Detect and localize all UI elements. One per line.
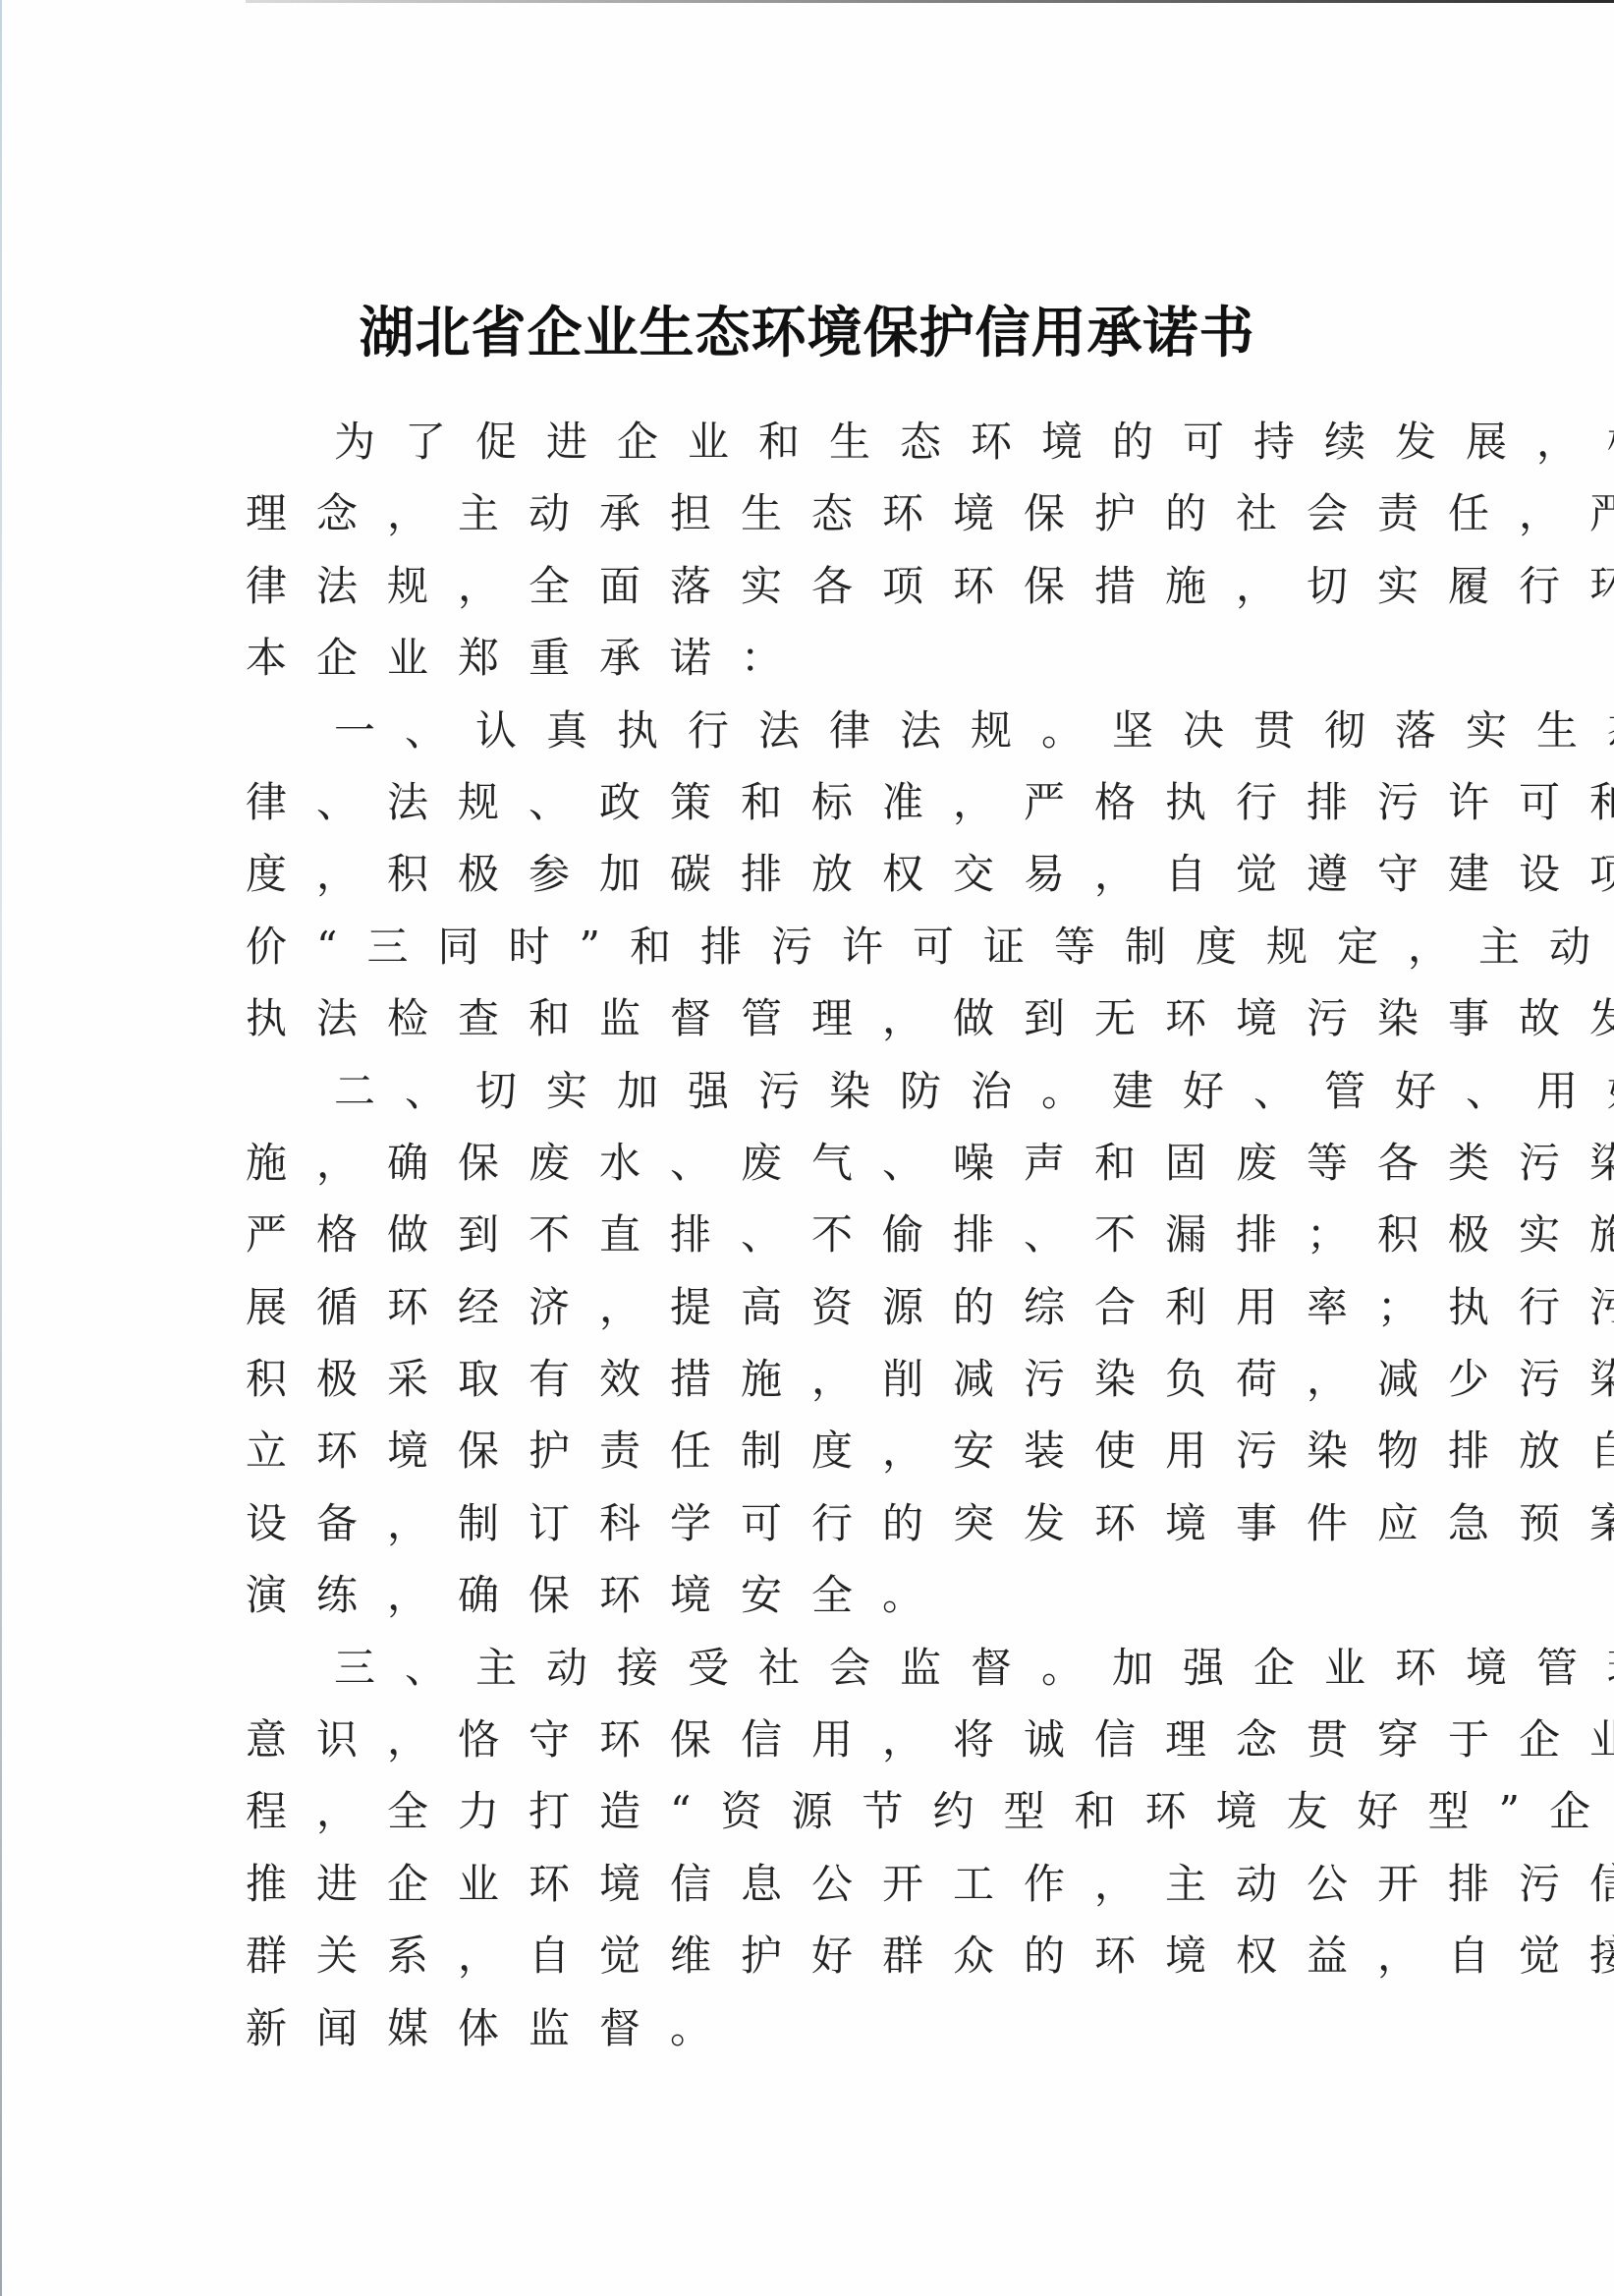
text-line: 严格做到不直排、不偷排、不漏排；积极实施清洁生产，发 xyxy=(246,1199,1375,1270)
text-line: 价“三同时”和排污许可证等制度规定，主动接受环保现场 xyxy=(246,911,1375,982)
text-line: 设备，制订科学可行的突发环境事件应急预案，并组织应急 xyxy=(246,1487,1375,1559)
text-line: 理念，主动承担生态环境保护的社会责任，严格遵守环保法 xyxy=(246,477,1375,549)
text-line: 二、切实加强污染防治。建好、管好、用好污染防治设 xyxy=(246,1055,1375,1127)
text-line: 立环境保护责任制度，安装使用污染物排放自动监测及监控 xyxy=(246,1415,1375,1486)
text-line: 律法规，全面落实各项环保措施，切实履行环保自律责任， xyxy=(246,550,1375,622)
paragraph-item-1: 一、认真执行法律法规。坚决贯彻落实生态环境保护法 律、法规、政策和标准，严格执行… xyxy=(246,695,1375,1055)
text-line: 展循环经济，提高资源的综合利用率；执行污染减排政策， xyxy=(246,1271,1375,1343)
text-line: 群关系，自觉维护好群众的环境权益，自觉接受社会公众和 xyxy=(246,1920,1375,1991)
text-line: 一、认真执行法律法规。坚决贯彻落实生态环境保护法 xyxy=(246,695,1375,766)
text-line: 新闻媒体监督。 xyxy=(246,1992,1375,2064)
text-line: 三、主动接受社会监督。加强企业环境管理，强化诚信 xyxy=(246,1632,1375,1704)
text-line: 意识，恪守环保信用，将诚信理念贯穿于企业生产经营全过 xyxy=(246,1704,1375,1775)
text-line: 程，全力打造“资源节约型和环境友好型”企业品牌。扎实 xyxy=(246,1775,1375,1847)
text-line: 施，确保废水、废气、噪声和固废等各类污染物达标排放， xyxy=(246,1127,1375,1199)
text-line: 执法检查和监督管理，做到无环境污染事故发生。 xyxy=(246,982,1375,1054)
document-title: 湖北省企业生态环境保护信用承诺书 xyxy=(0,295,1614,373)
text-line: 律、法规、政策和标准，严格执行排污许可和排污申报等制 xyxy=(246,766,1375,838)
paragraph-item-2: 二、切实加强污染防治。建好、管好、用好污染防治设 施，确保废水、废气、噪声和固废… xyxy=(246,1055,1375,1632)
document-page: 湖北省企业生态环境保护信用承诺书 为了促进企业和生态环境的可持续发展，树立绿色发… xyxy=(0,0,1614,2296)
text-line: 为了促进企业和生态环境的可持续发展，树立绿色发展 xyxy=(246,406,1375,477)
paragraph-item-3: 三、主动接受社会监督。加强企业环境管理，强化诚信 意识，恪守环保信用，将诚信理念… xyxy=(246,1632,1375,2064)
text-line: 度，积极参加碳排放权交易，自觉遵守建设项目环境影响评 xyxy=(246,838,1375,910)
paragraph-preamble: 为了促进企业和生态环境的可持续发展，树立绿色发展 理念，主动承担生态环境保护的社… xyxy=(246,406,1375,695)
document-body: 为了促进企业和生态环境的可持续发展，树立绿色发展 理念，主动承担生态环境保护的社… xyxy=(246,406,1375,2064)
text-line: 推进企业环境信息公开工作，主动公开排污信息，处理好厂 xyxy=(246,1848,1375,1920)
text-line: 积极采取有效措施，削减污染负荷，减少污染物的排放；建 xyxy=(246,1343,1375,1415)
text-line: 本企业郑重承诺： xyxy=(246,622,1375,694)
scan-edge-top xyxy=(246,0,1614,3)
text-line: 演练，确保环境安全。 xyxy=(246,1559,1375,1631)
